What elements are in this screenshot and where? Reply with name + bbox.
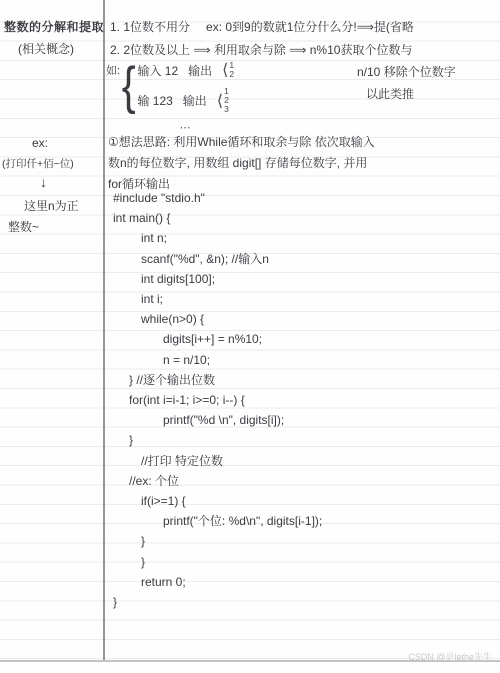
example2-output-label: 输出 xyxy=(183,92,207,109)
code-line: int main() { xyxy=(107,208,322,228)
note-line-1-left: 1. 1位数不用分 xyxy=(110,18,190,35)
code-line: printf("个位: %d\n", digits[i-1]); xyxy=(107,511,322,531)
code-line: } xyxy=(107,552,322,572)
example2-digits: 1 2 3 xyxy=(224,87,229,114)
example1-input: 输入 12 xyxy=(137,62,178,79)
solution-paragraph: ①想法思路: 利用While循环和取余与除 依次取输入 数n的每位数字, 用数组… xyxy=(108,132,500,195)
margin-ex-note: (打印仟+佰~位) xyxy=(2,156,74,171)
code-line: scanf("%d", &n); //输入n xyxy=(107,249,322,269)
code-line: digits[i++] = n%10; xyxy=(107,329,322,349)
example2-output-fork: ⟨ 1 2 3 xyxy=(217,87,229,114)
digit: 3 xyxy=(224,105,229,114)
solution-line-2: 数n的每位数字, 用数组 digit[] 存储每位数字, 并用 xyxy=(108,153,500,174)
down-arrow-icon: ↓ xyxy=(40,174,47,190)
note-line-3: n/10 移除个位数字 xyxy=(357,63,456,80)
code-line: //打印 特定位数 xyxy=(107,451,322,471)
code-line: //ex: 个位 xyxy=(107,471,322,491)
code-line: printf("%d \n", digits[i]); xyxy=(107,410,322,430)
code-line: for(int i=i-1; i>=0; i--) { xyxy=(107,390,322,410)
code-block: #include "stdio.h" int main() { int n; s… xyxy=(107,188,322,612)
note-line-1-example: ex: 0到9的数就1位分什么分!⟹提(省略 xyxy=(206,18,414,35)
code-line: } xyxy=(107,592,322,612)
code-line: if(i>=1) { xyxy=(107,491,322,511)
example1-digits: 1 2 xyxy=(229,61,234,79)
example-rows: 输入 12 输出 ⟨ 1 2 输 123 输出 ⟨ 1 2 xyxy=(137,60,234,134)
note-line-4: 以此类推 xyxy=(366,85,414,102)
margin-note-line1: 这里n为正 xyxy=(24,197,79,214)
fork-angle-icon: ⟨ xyxy=(222,60,228,80)
note-line-1: 1. 1位数不用分 ex: 0到9的数就1位分什么分!⟹提(省略 xyxy=(110,18,414,35)
example-label: 如: xyxy=(106,62,120,78)
code-line: int digits[100]; xyxy=(107,269,322,289)
io-example-block: 如: { 输入 12 输出 ⟨ 1 2 输 123 输出 ⟨ xyxy=(106,58,234,134)
margin-divider-line xyxy=(103,0,105,662)
digit: 2 xyxy=(229,70,234,79)
code-line: } //逐个输出位数 xyxy=(107,370,322,390)
notebook-page: 整数的分解和提取 (相关概念) ex: (打印仟+佰~位) ↓ 这里n为正 整数… xyxy=(0,0,500,673)
fork-angle-icon: ⟨ xyxy=(217,91,223,111)
example2-input: 输 123 xyxy=(137,92,172,109)
margin-note-line2: 整数~ xyxy=(8,218,39,235)
page-title-line2: (相关概念) xyxy=(18,40,74,57)
csdn-watermark: CSDN @是lethe先生 xyxy=(408,650,492,663)
code-line: } xyxy=(107,430,322,450)
example-row-1: 输入 12 输出 ⟨ 1 2 xyxy=(137,60,234,80)
example1-output-fork: ⟨ 1 2 xyxy=(222,60,234,80)
example1-output-label: 输出 xyxy=(188,62,212,79)
code-line: #include "stdio.h" xyxy=(107,188,322,208)
page-title-line1: 整数的分解和提取 xyxy=(4,18,104,35)
code-line: while(n>0) { xyxy=(107,309,322,329)
example-row-2: 输 123 输出 ⟨ 1 2 3 xyxy=(137,87,234,114)
solution-line-1: ①想法思路: 利用While循环和取余与除 依次取输入 xyxy=(108,132,500,153)
code-line: n = n/10; xyxy=(107,350,322,370)
code-line: return 0; xyxy=(107,572,322,592)
code-line: int i; xyxy=(107,289,322,309)
code-line: int n; xyxy=(107,228,322,248)
brace-glyph: { xyxy=(122,58,136,114)
code-line: } xyxy=(107,531,322,551)
note-line-2: 2. 2位数及以上 ⟹ 利用取余与除 ⟹ n%10获取个位数与 xyxy=(110,41,412,58)
margin-ex-label: ex: xyxy=(32,136,48,150)
